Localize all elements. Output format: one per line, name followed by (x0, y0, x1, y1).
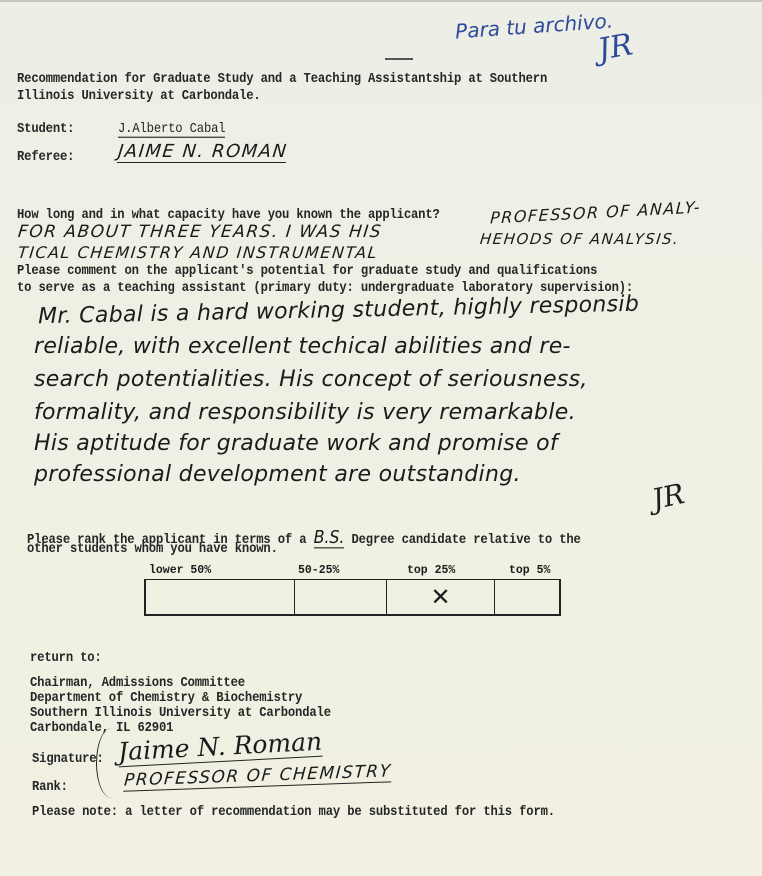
annotation-initials: JR (595, 27, 635, 67)
page-edge (0, 0, 762, 2)
rank-value-text: PROFESSOR OF CHEMISTRY (123, 761, 392, 791)
referee-label: Referee: (17, 149, 74, 165)
signature-flourish (96, 728, 127, 798)
student-label: Student: (17, 121, 74, 137)
question2-answer-line: search potentialities. His concept of se… (34, 367, 588, 392)
rank-label: 50-25% (298, 564, 339, 577)
question1-answer-tail1: PROFESSOR OF ANALY- (490, 197, 702, 227)
rank-label: top 25% (407, 564, 455, 577)
ranking-prompt-post: Degree candidate relative to the (351, 532, 580, 548)
ranking-degree: B.S. (314, 526, 345, 548)
answer-initials: JR (649, 477, 687, 516)
document-page: Para tu archivo. JR Recommendation for G… (0, 0, 762, 876)
signature-label: Signature: (32, 751, 104, 767)
form-title-line2: Illinois University at Carbondale. (17, 88, 261, 104)
form-title-line1: Recommendation for Graduate Study and a … (17, 71, 547, 87)
return-address-line: Department of Chemistry & Biochemistry (30, 690, 302, 706)
decorative-mark (385, 58, 413, 60)
question2-answer-line: His aptitude for graduate work and promi… (34, 431, 558, 456)
footer-note: Please note: a letter of recommendation … (32, 804, 555, 820)
rank-label: lower 50% (149, 564, 211, 577)
return-address-line: Chairman, Admissions Committee (30, 675, 245, 691)
rank-option-top-5[interactable]: top 5% (495, 580, 559, 614)
rank-value: PROFESSOR OF CHEMISTRY (123, 761, 392, 790)
student-value: J.Alberto Cabal (118, 121, 225, 138)
question1-prompt: How long and in what capacity have you k… (17, 207, 440, 223)
question1-answer-line2: FOR ABOUT THREE YEARS. I WAS HIS (17, 222, 383, 242)
return-to-label: return to: (30, 650, 102, 666)
ranking-table: lower 50% 50-25% top 25% ✕ top 5% (144, 579, 561, 616)
question2-answer-line: reliable, with excellent techical abilit… (34, 334, 571, 359)
rank-option-50-25[interactable]: 50-25% (295, 580, 387, 614)
rank-label: top 5% (509, 564, 550, 577)
question2-prompt-line1: Please comment on the applicant's potent… (17, 263, 597, 279)
question2-answer-line: formality, and responsibility is very re… (34, 400, 576, 425)
question1-answer-line3: TICAL CHEMISTRY AND INSTRUMENTAL (17, 243, 379, 262)
x-mark-icon: ✕ (430, 583, 450, 611)
question2-answer-line: professional development are outstanding… (34, 462, 521, 487)
ranking-prompt-line2: other students whom you have known. (27, 541, 278, 557)
referee-value: JAIME N. ROMAN (117, 141, 289, 163)
rank-option-top-25[interactable]: top 25% ✕ (387, 580, 495, 614)
rank-label-field: Rank: (32, 779, 68, 795)
return-address-line: Southern Illinois University at Carbonda… (30, 705, 331, 721)
rank-option-lower-50[interactable]: lower 50% (146, 580, 295, 614)
question2-answer-line: Mr. Cabal is a hard working student, hig… (38, 292, 640, 330)
archive-note: Para tu archivo. (454, 9, 613, 44)
question1-answer-tail2: HEHODS OF ANALYSIS. (479, 230, 680, 248)
